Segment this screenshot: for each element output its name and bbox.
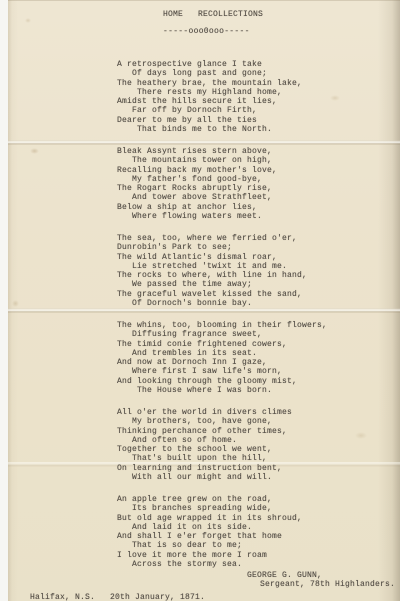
poem-line: Dunrobin's Park to see; bbox=[117, 243, 307, 252]
poem-line: The timid conie frightened cowers, bbox=[117, 340, 327, 349]
poem-line: Where flowing waters meet. bbox=[117, 212, 277, 221]
poem-line: On learning and instruction bent, bbox=[117, 464, 292, 473]
poem-line: The whins, too, blooming in their flower… bbox=[117, 321, 327, 330]
poem-stanza-6: An apple tree grew on the road, Its bran… bbox=[117, 495, 302, 569]
poem-line: The wild Atlantic's dismal roar, bbox=[117, 253, 307, 262]
poem-line: Together to the school we went, bbox=[117, 445, 292, 454]
poem-line: And looking through the gloomy mist, bbox=[117, 377, 327, 386]
poem-line: The graceful wavelet kissed the sand, bbox=[117, 290, 307, 299]
poem-line: That is so dear to me; bbox=[117, 541, 302, 550]
poem-line: Bleak Assynt rises stern above, bbox=[117, 147, 277, 156]
poem-line: Dearer to me by all the ties bbox=[117, 116, 302, 125]
poem-line: My brothers, too, have gone, bbox=[117, 417, 292, 426]
poem-line: Diffusing fragrance sweet, bbox=[117, 330, 327, 339]
poem-line: The House where I was born. bbox=[117, 386, 327, 395]
poem-line: Recalling back my mother's love, bbox=[117, 166, 277, 175]
scanned-document: HOME RECOLLECTIONS -----ooo0ooo----- A r… bbox=[0, 0, 400, 601]
poem-line: That binds me to the North. bbox=[117, 125, 302, 134]
poem-line: The Rogart Rocks abruptly rise, bbox=[117, 184, 277, 193]
poem-line: Where first I saw life's morn, bbox=[117, 367, 327, 376]
poem-line: Lie stretched 'twixt it and me. bbox=[117, 262, 307, 271]
signature-name: GEORGE G. GUNN, bbox=[247, 571, 322, 580]
poem-line: There rests my Highland home, bbox=[117, 88, 302, 97]
poem-line: The heathery brae, the mountain lake, bbox=[117, 79, 302, 88]
poem-line: And shall I e'er forget that home bbox=[117, 532, 302, 541]
poem-stanza-5: All o'er the world in divers climes My b… bbox=[117, 408, 292, 482]
poem-line: And tower above Strathfleet, bbox=[117, 193, 277, 202]
poem-line: Of Dornoch's bonnie bay. bbox=[117, 299, 307, 308]
signature-rank: Sergeant, 78th Highlanders. bbox=[260, 580, 395, 589]
poem-line: We passed the time away; bbox=[117, 280, 307, 289]
poem-line: And often so of home. bbox=[117, 436, 292, 445]
poem-line: And trembles in its seat. bbox=[117, 349, 327, 358]
poem-line: Its branches spreading wide, bbox=[117, 504, 302, 513]
poem-stanza-2: Bleak Assynt rises stern above, The moun… bbox=[117, 147, 277, 221]
poem-line: Far off by Dornoch Firth, bbox=[117, 106, 302, 115]
poem-title: HOME RECOLLECTIONS bbox=[163, 10, 263, 19]
poem-line: A retrospective glance I take bbox=[117, 60, 302, 69]
poem-line: The rocks to where, with line in hand, bbox=[117, 271, 307, 280]
poem-line: Below a ship at anchor lies, bbox=[117, 203, 277, 212]
poem-stanza-3: The sea, too, where we ferried o'er,Dunr… bbox=[117, 234, 307, 308]
title-divider: -----ooo0ooo----- bbox=[163, 27, 250, 36]
poem-line: Thinking perchance of other times, bbox=[117, 427, 292, 436]
poem-line: The sea, too, where we ferried o'er, bbox=[117, 234, 307, 243]
poem-line: And laid it on its side. bbox=[117, 523, 302, 532]
place-date-line: Halifax, N.S. 20th January, 1871. bbox=[30, 593, 205, 601]
poem-line: Amidst the hills secure it lies, bbox=[117, 97, 302, 106]
poem-line: Across the stormy sea. bbox=[117, 560, 302, 569]
poem-line: The mountains tower on high, bbox=[117, 156, 277, 165]
poem-line: I love it more the more I roam bbox=[117, 551, 302, 560]
poem-line: All o'er the world in divers climes bbox=[117, 408, 292, 417]
poem-line: With all our might and will. bbox=[117, 473, 292, 482]
poem-line: That's built upon the hill, bbox=[117, 454, 292, 463]
poem-stanza-4: The whins, too, blooming in their flower… bbox=[117, 321, 327, 395]
poem-line: And now at Dornoch Inn I gaze, bbox=[117, 358, 327, 367]
poem-stanza-1: A retrospective glance I take Of days lo… bbox=[117, 60, 302, 134]
poem-line: But old age wrapped it in its shroud, bbox=[117, 514, 302, 523]
poem-line: Of days long past and gone; bbox=[117, 69, 302, 78]
poem-line: An apple tree grew on the road, bbox=[117, 495, 302, 504]
poem-line: My father's fond good-bye, bbox=[117, 175, 277, 184]
